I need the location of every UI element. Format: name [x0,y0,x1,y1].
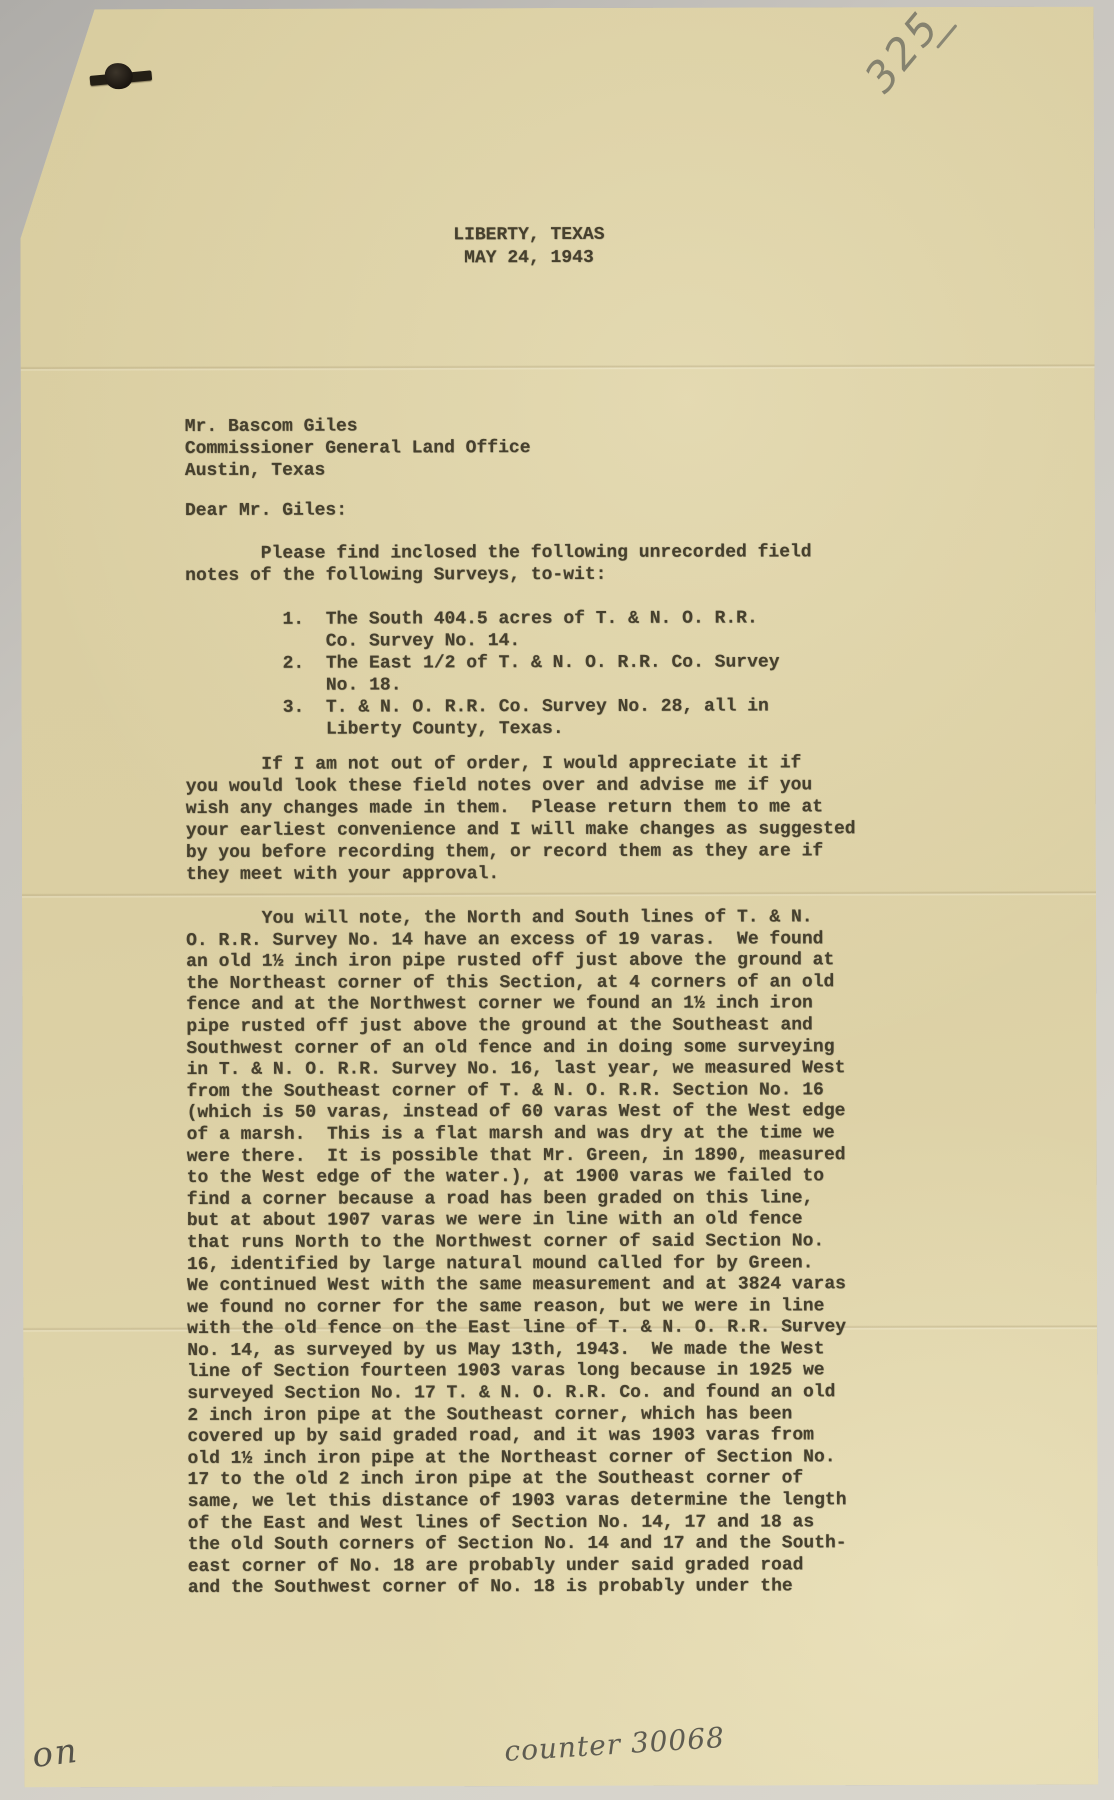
fastener-knob [105,63,133,89]
scanned-letter-scene: 325 LIBERTY, TEXAS MAY 24, 1943 Mr. Basc… [0,0,1114,1800]
survey-notes-paragraph: You will note, the North and South lines… [186,907,847,1600]
handwritten-note-bottom-left: on [30,1731,81,1776]
handwritten-page-number: 325 [855,2,950,102]
fold-crease-top [21,364,1095,372]
folded-corner [20,9,96,239]
fold-crease-middle [22,891,1096,899]
survey-list: 1. The South 404.5 acres of T. & N. O. R… [185,607,779,741]
opening-paragraph: Please find inclosed the following unrec… [185,541,812,587]
letter-paper: 325 LIBERTY, TEXAS MAY 24, 1943 Mr. Basc… [20,7,1099,1788]
salutation: Dear Mr. Giles: [185,500,347,522]
dateline: LIBERTY, TEXAS MAY 24, 1943 [453,224,604,270]
handwritten-counter-number: counter 30068 [503,1721,725,1768]
request-paragraph: If I am not out of order, I would apprec… [186,752,856,886]
recipient-address: Mr. Bascom Giles Commissioner General La… [185,415,531,482]
paper-fastener-icon [88,59,154,97]
